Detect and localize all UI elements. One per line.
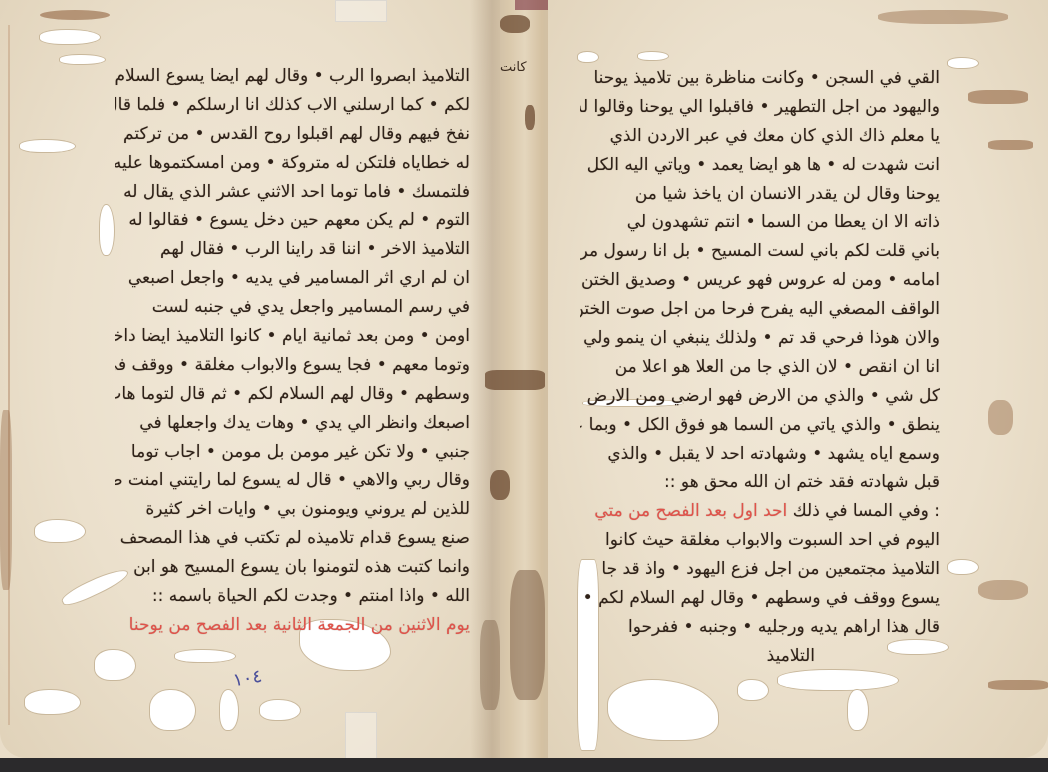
worm-hole: [948, 560, 978, 574]
text-line: التلاميذ الاخر • اننا قد راينا الرب • فق…: [115, 235, 470, 264]
worm-hole: [220, 690, 238, 730]
worm-hole: [608, 680, 718, 740]
rubric-suffix: : وفي المسا في ذلك: [793, 501, 940, 521]
damage: [500, 15, 530, 33]
text-line: ينطق • والذي ياتي من السما هو فوق الكل •…: [580, 411, 940, 440]
worm-hole: [778, 670, 898, 690]
text-line: ان لم اري اثر المسامير في يديه • واجعل ا…: [115, 264, 470, 293]
text-line: يا معلم ذاك الذي كان معك في عبر الاردن ا…: [580, 122, 940, 151]
damage: [485, 370, 545, 390]
text-line: فلتمسك • فاما توما احد الاثني عشر الذي ي…: [115, 178, 470, 207]
worm-hole: [260, 700, 300, 720]
text-line: كل شي • والذي من الارض فهو ارضي ومن الار…: [580, 382, 940, 411]
text-line: له خطاياه فلتكن له متروكة • ومن امسكتموه…: [115, 149, 470, 178]
text-line: قال هذا اراهم يديه ورجليه • وجنبه • ففرح…: [580, 613, 940, 642]
manuscript-spread: التلاميذ ابصروا الرب • وقال لهم ايضا يسو…: [0, 0, 1048, 760]
text-line: واليهود من اجل التطهير • فاقبلوا الي يوح…: [580, 93, 940, 122]
text-line: الله • واذا امنتم • وجدت لكم الحياة باسم…: [115, 582, 470, 611]
text-line: وسطهم • وقال لهم السلام لكم • ثم قال لتو…: [115, 380, 470, 409]
text-line: التلاميذ مجتمعين من اجل فزع اليهود • واذ…: [580, 555, 940, 584]
worm-hole: [578, 52, 598, 62]
text-line: وقال ربي والاهي • قال له يسوع لما رايتني…: [115, 466, 470, 495]
worm-hole: [150, 690, 195, 730]
repair-tape: [335, 0, 387, 22]
text-line: صنع يسوع قدام تلاميذه لم تكتب في هذا الم…: [115, 524, 470, 553]
stain: [978, 580, 1028, 600]
repair-tape: [345, 712, 377, 758]
worm-hole: [95, 650, 135, 680]
worm-hole: [100, 205, 114, 255]
worm-hole: [25, 690, 80, 714]
text-line: امامه • ومن له عروس فهو عريس • وصديق الخ…: [580, 266, 940, 295]
left-page: التلاميذ ابصروا الرب • وقال لهم ايضا يسو…: [0, 0, 500, 758]
text-line: اليوم في احد السبوت والابواب مغلقة حيث ك…: [580, 526, 940, 555]
stain: [878, 10, 1008, 24]
worm-hole: [848, 690, 868, 730]
worm-hole: [60, 55, 105, 64]
text-line: التلاميذ ابصروا الرب • وقال لهم ايضا يسو…: [115, 62, 470, 91]
text-line: للذين لم يروني ويومنون بي • وايات اخر كث…: [115, 495, 470, 524]
damage: [510, 570, 545, 700]
right-text-block: القي في السجن • وكانت مناظرة بين تلاميذ …: [580, 64, 940, 671]
text-line: وسمع اياه يشهد • وشهادته احد لا يقبل • و…: [580, 440, 940, 469]
text-line: باني قلت لكم باني لست المسيح • بل انا رس…: [580, 237, 940, 266]
worm-hole: [738, 680, 768, 700]
text-line: قبل شهادته فقد ختم ان الله محق هو ::: [580, 468, 940, 497]
gutter-marginalia: كانت: [500, 60, 527, 75]
worm-hole: [35, 520, 85, 542]
damage: [480, 620, 500, 710]
stain: [968, 90, 1028, 104]
text-line: القي في السجن • وكانت مناظرة بين تلاميذ …: [580, 64, 940, 93]
text-line: يسوع ووقف في وسطهم • وقال لهم السلام لكم…: [580, 584, 940, 613]
text-line: اومن • ومن بعد ثمانية ايام • كانوا التلا…: [115, 322, 470, 351]
left-text-block: التلاميذ ابصروا الرب • وقال لهم ايضا يسو…: [115, 62, 470, 640]
text-line: الواقف المصغي اليه يفرح فرحا من اجل صوت …: [580, 295, 940, 324]
rubric-line: يوم الاثنين من الجمعة الثانية بعد الفصح …: [115, 611, 470, 640]
stain: [0, 410, 12, 590]
text-line: انت شهدت له • ها هو ايضا يعمد • وياتي ال…: [580, 151, 940, 180]
stain: [40, 10, 110, 20]
worm-hole: [948, 58, 978, 68]
text-line: التلاميذ: [580, 642, 940, 671]
folio-number: ١٠٤: [231, 666, 263, 692]
text-line: اصبعك وانظر الي يدي • وهات يدك واجعلها ف…: [115, 409, 470, 438]
rubric-heading-line: : وفي المسا في ذلك احد اول بعد الفصح من …: [580, 497, 940, 526]
worm-hole: [40, 30, 100, 44]
text-line: يوحنا وقال لن يقدر الانسان ان ياخذ شيا م…: [580, 180, 940, 209]
text-line: نفخ فيهم وقال لهم اقبلوا روح القدس • من …: [115, 120, 470, 149]
stain: [988, 680, 1048, 690]
text-line: لكم • كما ارسلني الاب كذلك انا ارسلكم • …: [115, 91, 470, 120]
damage: [490, 470, 510, 500]
text-line: وتوما معهم • فجا يسوع والابواب مغلقة • و…: [115, 351, 470, 380]
rubric-line: احد اول بعد الفصح من متي: [594, 501, 787, 521]
text-line: جنبي • ولا تكن غير مومن بل مومن • اجاب ت…: [115, 438, 470, 467]
text-line: في رسم المسامير واجعل يدي في جنبه لست: [115, 293, 470, 322]
text-line: والان هوذا فرحي قد تم • ولذلك ينبغي ان ي…: [580, 324, 940, 353]
stain: [988, 400, 1013, 435]
worm-hole: [20, 140, 75, 152]
stain: [988, 140, 1033, 150]
background-strip: [0, 758, 1048, 772]
text-line: انا ان انقص • لان الذي جا من العلا هو اع…: [580, 353, 940, 382]
text-line: التوم • لم يكن معهم حين دخل يسوع • فقالو…: [115, 206, 470, 235]
text-line: وانما كتبت هذه لتومنوا بان يسوع المسيح ه…: [115, 553, 470, 582]
damage: [525, 105, 535, 130]
worm-hole: [175, 650, 235, 662]
text-line: ذاته الا ان يعطا من السما • انتم تشهدون …: [580, 208, 940, 237]
worm-hole: [638, 52, 668, 60]
